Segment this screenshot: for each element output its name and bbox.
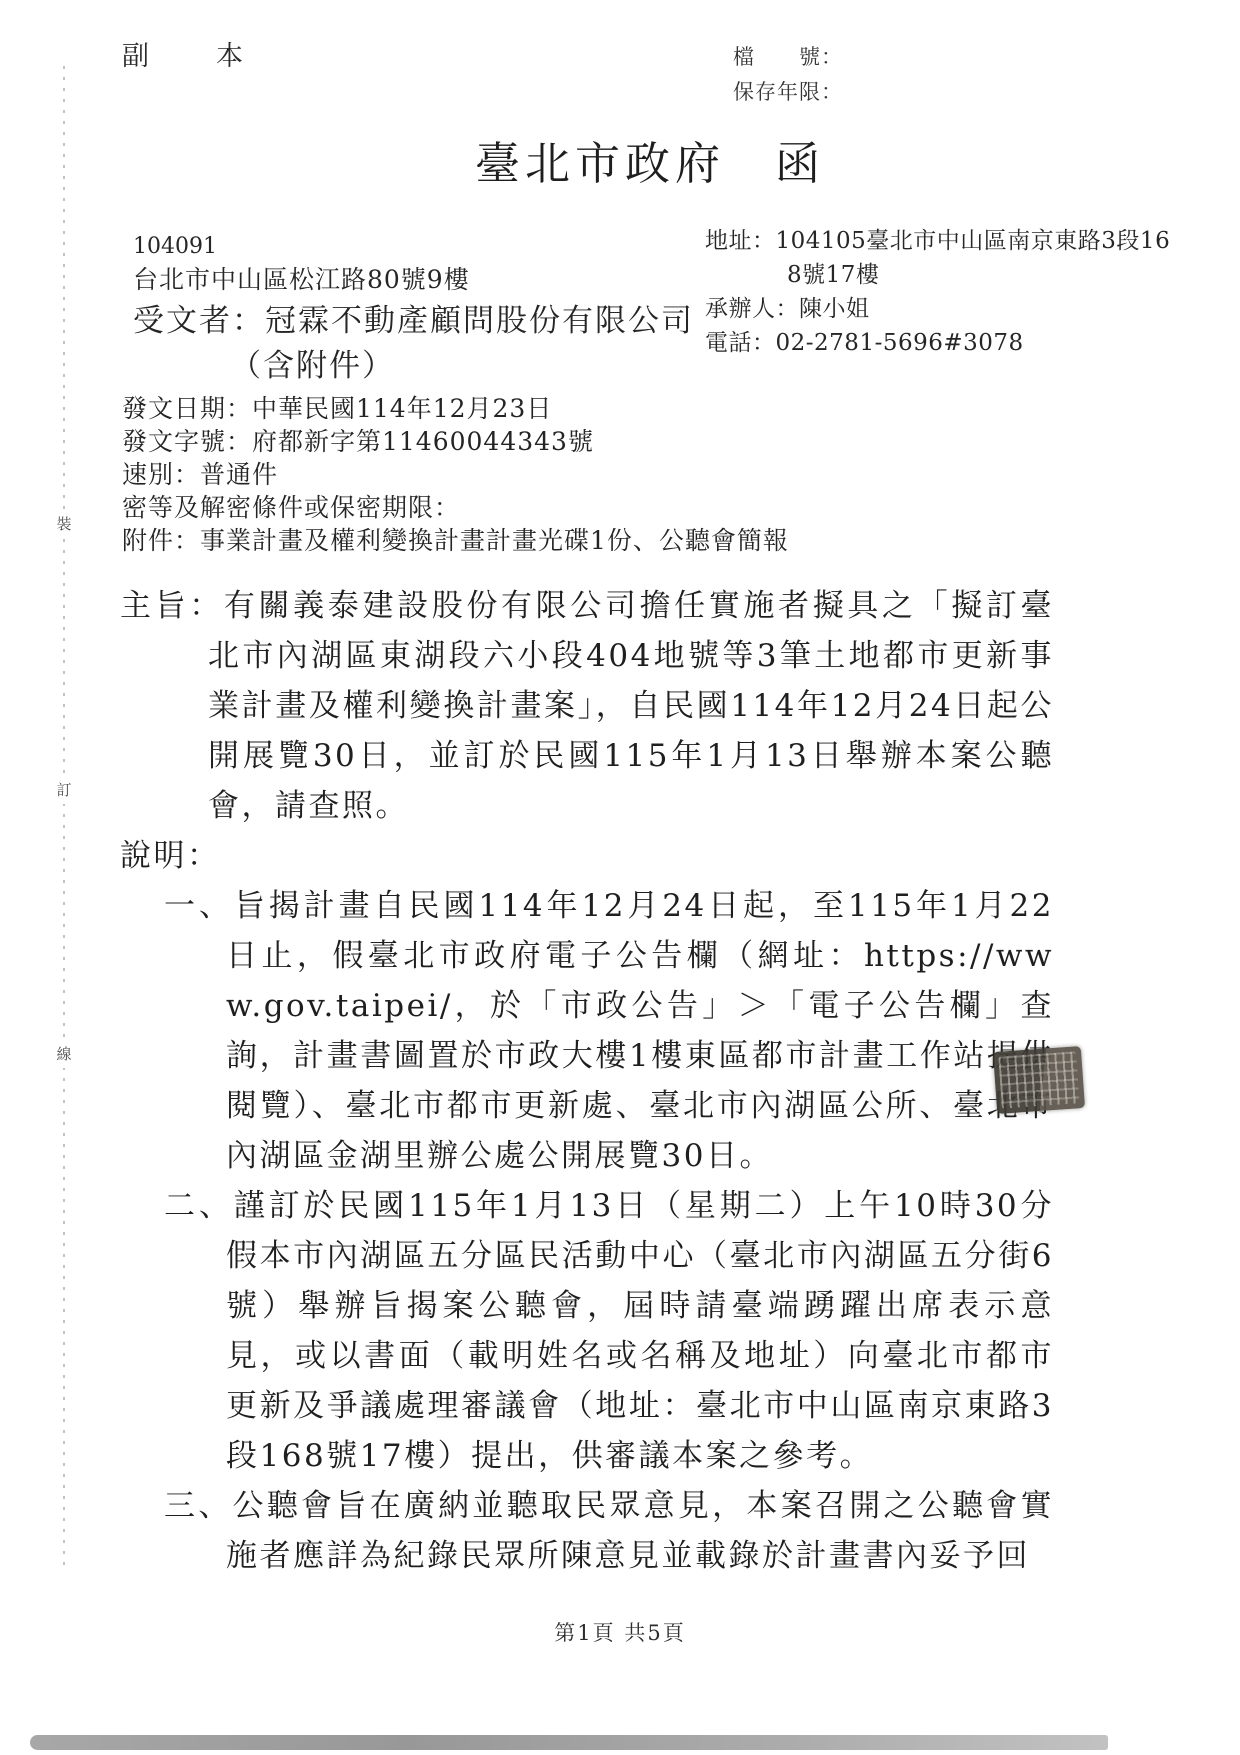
recipient-to-line: 受文者：冠霖不動產顧問股份有限公司 xyxy=(133,298,694,344)
meta-dispatch-number: 發文字號：府都新字第11460044343號 xyxy=(122,425,789,458)
sender-contact-value: 陳小姐 xyxy=(799,296,870,322)
binding-mark-zhuang: 裝 xyxy=(52,510,76,538)
sender-info-block: 地址：104105臺北市中山區南京東路3段168號17樓 承辦人：陳小姐 電話：… xyxy=(705,224,1105,360)
recipient-street: 台北市中山區松江路80號9樓 xyxy=(133,263,694,296)
subject-paragraph: 主旨：有關義泰建設股份有限公司擔任實施者擬具之「擬訂臺北市內湖區東湖段六小段40… xyxy=(120,581,1054,831)
explanation-label: 說明： xyxy=(120,831,1054,881)
sender-phone-value: 02-2781-5696#3078 xyxy=(776,330,1024,356)
sender-phone-label: 電話： xyxy=(705,330,776,356)
document-title: 臺北市政府 函 xyxy=(30,127,1240,192)
meta-security-class: 密等及解密條件或保密期限： xyxy=(122,491,789,524)
item-3-text: 公聽會旨在廣納並聽取民眾意見，本案召開之公聽會實施者應詳為紀錄民眾所陳意見並載錄… xyxy=(226,1488,1054,1574)
binding-mark-xian: 線 xyxy=(52,1040,76,1068)
binding-dotted-line xyxy=(63,66,65,1566)
item-2-number: 二、 xyxy=(164,1188,234,1224)
sender-contact-line: 承辦人：陳小姐 xyxy=(705,292,1105,326)
retention-label: 保存年限： xyxy=(733,75,843,110)
recipient-attachment-note: （含附件） xyxy=(133,344,694,388)
recipient-zip: 104091 xyxy=(133,231,694,263)
copy-mark: 副 本 xyxy=(122,34,263,73)
file-reference-block: 檔 號： 保存年限： xyxy=(733,40,843,110)
sender-phone-line: 電話：02-2781-5696#3078 xyxy=(705,326,1105,360)
item-1-text: 旨揭計畫自民國114年12月24日起，至115年1月22日止，假臺北市政府電子公… xyxy=(226,888,1054,1174)
subject-label: 主旨： xyxy=(120,588,224,624)
explanation-item-1: 一、旨揭計畫自民國114年12月24日起，至115年1月22日止，假臺北市政府電… xyxy=(164,881,1054,1181)
sender-address-line: 地址：104105臺北市中山區南京東路3段168號17樓 xyxy=(705,224,1173,292)
explanation-item-3: 三、公聽會旨在廣納並聽取民眾意見，本案召開之公聽會實施者應詳為紀錄民眾所陳意見並… xyxy=(164,1481,1054,1581)
sender-contact-label: 承辦人： xyxy=(705,296,799,322)
meta-speed-class: 速別：普通件 xyxy=(122,458,789,491)
letter-body: 主旨：有關義泰建設股份有限公司擔任實施者擬具之「擬訂臺北市內湖區東湖段六小段40… xyxy=(120,581,1054,1581)
explanation-item-2: 二、謹訂於民國115年1月13日（星期二）上午10時30分假本市內湖區五分區民活… xyxy=(164,1181,1054,1481)
dispatch-meta-block: 發文日期：中華民國114年12月23日 發文字號：府都新字第1146004434… xyxy=(122,392,789,557)
meta-attachments: 附件：事業計畫及權利變換計畫計畫光碟1份、公聽會簡報 xyxy=(122,524,789,557)
scanned-official-letter-page: 裝 訂 線 副 本 檔 號： 保存年限： 臺北市政府 函 104091 台北市中… xyxy=(0,0,1240,1755)
binding-mark-ding: 訂 xyxy=(52,776,76,804)
meta-dispatch-date: 發文日期：中華民國114年12月23日 xyxy=(122,392,789,425)
sender-address-value: 104105臺北市中山區南京東路3段168號17樓 xyxy=(776,228,1171,288)
scan-edge-artifact xyxy=(30,1735,1108,1750)
item-3-number: 三、 xyxy=(164,1488,233,1524)
item-2-text: 謹訂於民國115年1月13日（星期二）上午10時30分假本市內湖區五分區民活動中… xyxy=(226,1188,1054,1474)
recipient-block: 104091 台北市中山區松江路80號9樓 受文者：冠霖不動產顧問股份有限公司 … xyxy=(133,231,694,388)
file-no-label: 檔 號： xyxy=(733,40,843,75)
ink-stamp xyxy=(993,1046,1085,1114)
page-number: 第1頁 共5頁 xyxy=(30,1617,1210,1647)
sender-address-label: 地址： xyxy=(705,228,776,254)
item-1-number: 一、 xyxy=(164,888,234,924)
subject-text: 有關義泰建設股份有限公司擔任實施者擬具之「擬訂臺北市內湖區東湖段六小段404地號… xyxy=(208,588,1054,824)
